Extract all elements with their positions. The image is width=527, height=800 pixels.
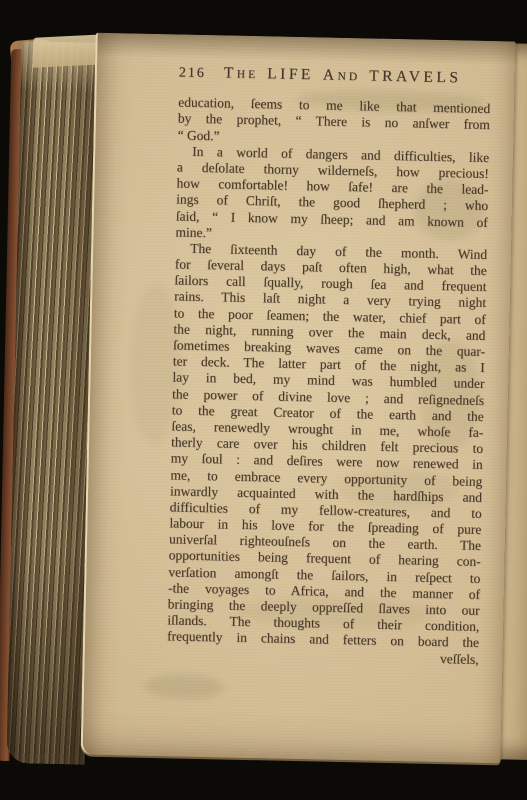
page-edge-top [33,34,100,67]
body-text: education, ſeems to me like that mention… [167,95,490,652]
running-head: 216 THELIFEANDTRAVELS [179,64,491,88]
running-head-word: AND [323,67,361,85]
running-head-title: THELIFEANDTRAVELS [224,65,471,87]
running-head-word: THE [224,65,259,83]
photo-background: 216 THELIFEANDTRAVELS education, ſeems t… [0,0,527,800]
paper-stain [144,674,224,700]
running-head-word: LIFE [267,66,314,83]
book: 216 THELIFEANDTRAVELS education, ſeems t… [0,23,527,779]
page-number: 216 [179,65,206,82]
page-text-block: 216 THELIFEANDTRAVELS education, ſeems t… [167,64,491,667]
book-page: 216 THELIFEANDTRAVELS education, ſeems t… [81,33,516,764]
running-head-word: TRAVELS [369,68,462,86]
paragraph: The ſixteenth day of the month. Windfor … [167,240,487,651]
paragraph: education, ſeems to me like that mention… [177,95,490,150]
paragraph: In a world of dangers and difficulties, … [175,143,489,247]
